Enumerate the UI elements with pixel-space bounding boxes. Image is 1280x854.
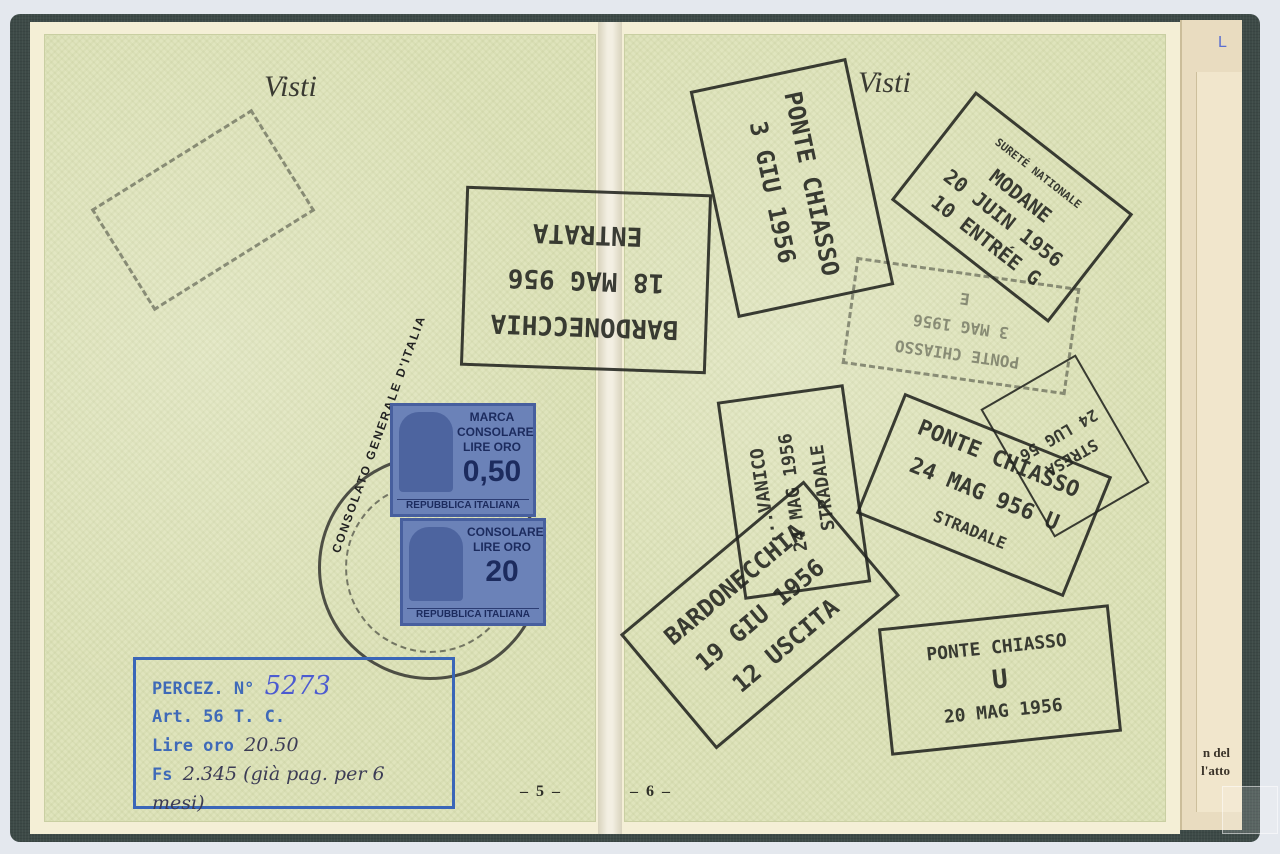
portrait-image [409,527,463,601]
fee-label: PERCEZ. N° [152,679,254,699]
fee-label: Fs [152,765,172,785]
page-number-left: – 5 – [520,783,562,801]
back-page-text: n del l'atto [1190,744,1230,780]
stamp-line: BARDONECCHIA [490,300,679,353]
revenue-stamp-050: MARCA CONSOLARE LIRE ORO 0,50 REPUBBLICA… [390,403,536,517]
stamp-header: MARCA CONSOLARE [457,410,527,440]
portrait-image [399,412,453,492]
stamp-line: U [991,663,1010,696]
fee-amount-lire: 20.50 [244,734,298,756]
back-text-line: l'atto [1190,762,1230,780]
page-number-right: – 6 – [630,783,672,801]
fee-amount-francs: 2.345 (già pag. per 6 mesi) [152,763,385,814]
stamp-value: 20 [467,555,537,589]
fee-article: Art. 56 T. C. [152,703,436,731]
stamp-header: CONSOLARE [467,525,537,540]
stamp-bardonecchia-entry: BARDONECCHIA 18 MAG 956 ENTRATA [460,186,712,374]
stamp-footer: REPUBBLICA ITALIANA [407,608,539,620]
page-tab [1196,72,1242,812]
page-left-heading: Visti [264,70,317,104]
stamp-value: 0,50 [457,455,527,489]
book-gutter [598,22,622,834]
pencil-mark: L [1218,34,1227,52]
stamp-currency: LIRE ORO [467,540,537,555]
page-right-heading: Visti [858,66,911,100]
stamp-line: E [958,284,971,313]
fee-receipt-number: 5273 [265,671,331,701]
stamp-line: ENTRATA [532,209,643,259]
back-text-line: n del [1190,744,1230,762]
stamp-footer: REPUBBLICA ITALIANA [397,499,529,511]
scan-watermark [1222,786,1278,834]
stamp-line: 18 MAG 956 [507,254,665,305]
fee-label: Lire oro [152,736,234,756]
stamp-currency: LIRE ORO [457,440,527,455]
stamp-ponte-chiasso-20-may: PONTE CHIASSO U 20 MAG 1956 [878,604,1122,756]
stamp-line: 20 MAG 1956 [942,690,1064,734]
back-pages: L [1180,20,1242,830]
consular-fee-box: PERCEZ. N° 5273 Art. 56 T. C. Lire oro 2… [133,657,455,809]
revenue-stamp-20: CONSOLARE LIRE ORO 20 REPUBBLICA ITALIAN… [400,518,546,626]
